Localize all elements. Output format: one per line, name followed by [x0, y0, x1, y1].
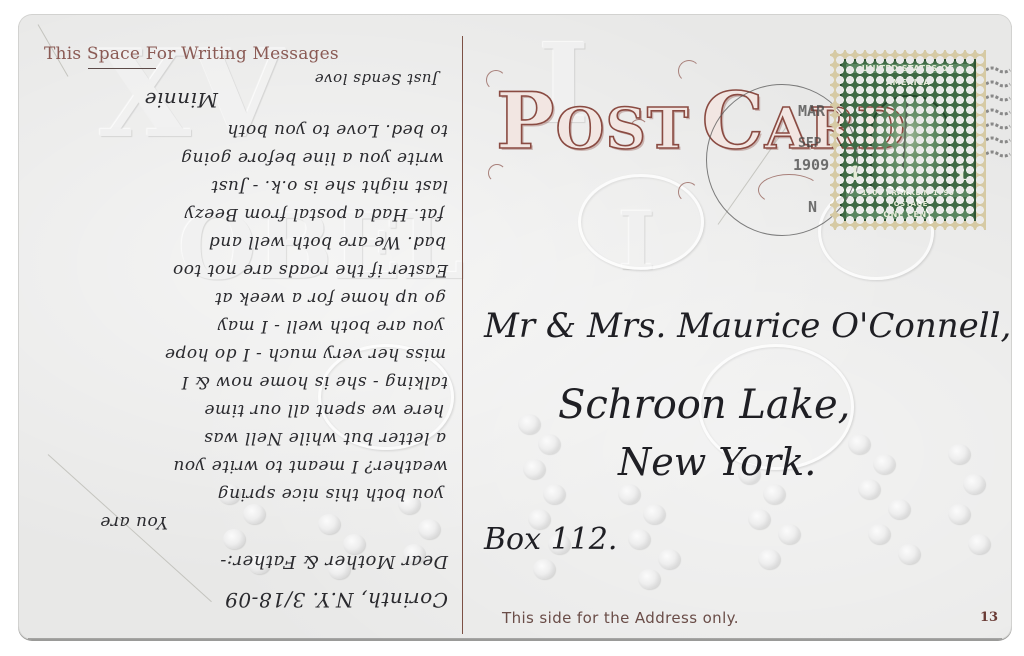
- address-side-footer: This side for the Address only.: [502, 609, 739, 627]
- postmark-year: 1909: [793, 156, 829, 174]
- title-post-rest: OST: [556, 96, 690, 162]
- title-post-initial: P: [496, 76, 556, 167]
- card-number: 13: [980, 610, 998, 625]
- stamp-value: ONE CENT: [846, 210, 970, 219]
- message-line: write you a line before going: [181, 148, 444, 168]
- address-recipient: Mr & Mrs. Maurice O'Connell,: [484, 306, 1011, 346]
- postage-stamp: UNITED STATES OF AMERICA 1 1 1706 FRANKL…: [830, 50, 986, 230]
- postmark-month: MAR: [798, 102, 825, 120]
- message-line: talking - she is home now & I: [181, 372, 448, 392]
- stamp-denomination-right: 1: [954, 161, 968, 185]
- message-line: last night she is o.k. - Just: [211, 176, 448, 196]
- stamp-top-text: UNITED STATES OF: [846, 64, 970, 73]
- message-salutation: Dear Mother & Father:-: [220, 551, 448, 572]
- center-divider: [462, 36, 463, 634]
- message-line: Easter if the roads are not too: [172, 260, 448, 280]
- postmark-state: N: [808, 198, 817, 216]
- message-line: miss her very much - I do hope: [164, 344, 446, 364]
- message-line: here we spent all our time: [204, 400, 444, 420]
- message-line: fat. Had a postal from Beezy: [184, 204, 444, 224]
- address-box: Box 112.: [484, 522, 617, 557]
- message-line: You are: [100, 512, 168, 532]
- handwritten-message: Corinth, N.Y. 3/18-09 Dear Mother & Fath…: [26, 60, 458, 620]
- flourish-ornament: [678, 182, 698, 202]
- message-line: to bed. Love to you both: [227, 120, 448, 140]
- postcard-scan: XV I OBEL I: [0, 0, 1024, 656]
- stamp-postage: POSTAGE: [872, 200, 944, 208]
- message-line: bad. We are both well and: [208, 232, 446, 252]
- message-postscript: Just Sends love: [314, 70, 438, 88]
- message-line: a letter but while Nell was: [204, 428, 446, 448]
- emboss-letter: I: [618, 194, 655, 288]
- address-town: Schroon Lake,: [558, 382, 850, 428]
- cancellation-lines: [984, 64, 1012, 164]
- stamp-name-line: 1706 FRANKLIN 1790: [846, 189, 970, 197]
- stamp-frame: UNITED STATES OF AMERICA 1 1 1706 FRANKL…: [840, 59, 976, 221]
- franklin-portrait: [870, 95, 950, 195]
- message-signature: Minnie: [144, 88, 218, 112]
- postmark-day: SEP: [798, 136, 821, 151]
- message-dateline: Corinth, N.Y. 3/18-09: [225, 588, 448, 612]
- stamp-country: AMERICA: [866, 78, 950, 87]
- portrait-face: [894, 119, 926, 159]
- message-line: weather? I meant to write you: [173, 456, 448, 476]
- postcard: XV I OBEL I: [18, 14, 1012, 640]
- message-line: you are both well - I may: [217, 316, 444, 336]
- stamp-denomination-left: 1: [848, 161, 862, 185]
- message-line: you both this nice spring: [217, 484, 444, 504]
- address-state: New York.: [618, 440, 816, 484]
- message-line: go up home for a week at: [215, 288, 446, 308]
